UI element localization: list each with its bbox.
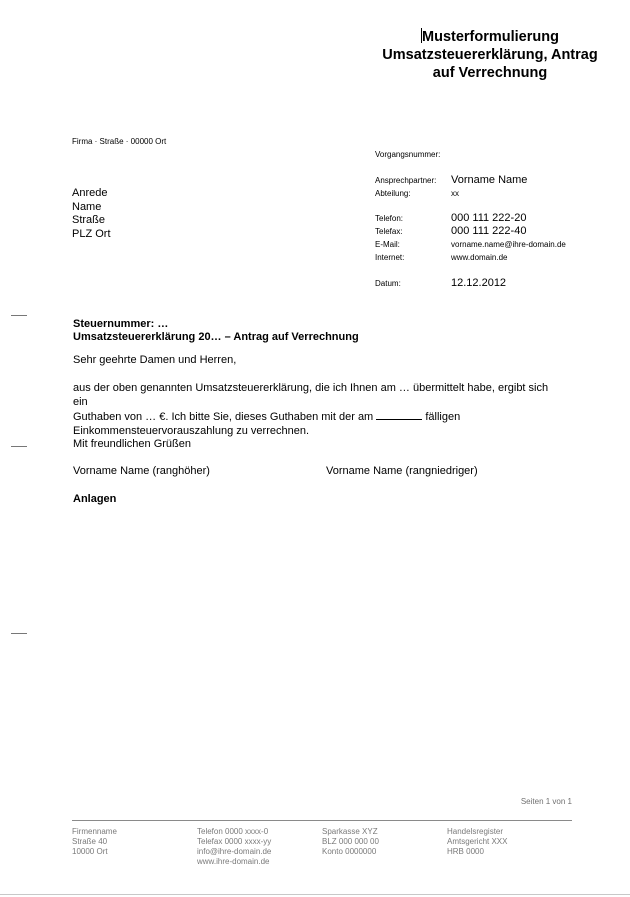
footer-bank-name: Sparkasse XYZ [322,827,379,837]
recipient-address: Anrede Name Straße PLZ Ort [72,187,111,241]
blank-date-field[interactable] [376,409,422,420]
closing: Mit freundlichen Grüßen [73,437,563,451]
footer-account: Konto 0000000 [322,847,379,857]
email-label: E-Mail: [375,240,400,250]
subject-tax-number: Steuernummer: … [73,318,359,331]
page-info: Seiten 1 von 1 [500,797,572,807]
recipient-name: Name [72,201,111,215]
body-line-3: Einkommensteuervorauszahlung zu verrechn… [73,424,563,438]
body-paragraph: aus der oben genannten Umsatzsteuererklä… [73,381,563,438]
internet-value: www.domain.de [451,253,507,263]
subject: Steuernummer: … Umsatzsteuererklärung 20… [73,318,359,344]
internet-label: Internet: [375,253,404,263]
contact-value: Vorname Name [451,174,527,187]
fax-label: Telefax: [375,227,403,237]
footer-phone: Telefon 0000 xxxx-0 [197,827,271,837]
subject-title: Umsatzsteuererklärung 20… – Antrag auf V… [73,331,359,344]
signature-right: Vorname Name (rangniedriger) [326,464,478,478]
footer-register-title: Handelsregister [447,827,507,837]
footer-company-street: Straße 40 [72,837,117,847]
email-value: vorname.name@ihre-domain.de [451,240,566,250]
body-line-2: Guthaben von … €. Ich bitte Sie, dieses … [73,409,563,424]
title-line-1: Musterformulierung [360,28,620,46]
footer-register: Handelsregister Amtsgericht XXX HRB 0000 [447,827,507,857]
department-value: xx [451,189,459,199]
footer-fax: Telefax 0000 xxxx-yy [197,837,271,847]
recipient-city: PLZ Ort [72,228,111,242]
fax-value: 000 111 222-40 [451,225,526,238]
title-line-3: auf Verrechnung [360,64,620,82]
footer-email: info@ihre-domain.de [197,847,271,857]
footer-website: www.ihre-domain.de [197,857,271,867]
footer-company-city: 10000 Ort [72,847,117,857]
phone-value: 000 111 222-20 [451,212,526,225]
footer-contact: Telefon 0000 xxxx-0 Telefax 0000 xxxx-yy… [197,827,271,867]
date-value: 12.12.2012 [451,277,506,290]
recipient-salutation: Anrede [72,187,111,201]
sender-line: Firma · Straße · 00000 Ort [72,137,166,147]
page-bottom-edge [0,894,630,895]
fold-mark-bottom [11,633,27,634]
footer-company: Firmenname Straße 40 10000 Ort [72,827,117,857]
department-label: Abteilung: [375,189,411,199]
attachments-label: Anlagen [73,492,563,506]
footer-company-name: Firmenname [72,827,117,837]
footer-divider [72,820,572,821]
greeting: Sehr geehrte Damen und Herren, [73,353,563,367]
title-line-2: Umsatzsteuererklärung, Antrag [360,46,620,64]
footer-bank: Sparkasse XYZ BLZ 000 000 00 Konto 00000… [322,827,379,857]
recipient-street: Straße [72,214,111,228]
date-label: Datum: [375,279,401,289]
footer-bank-code: BLZ 000 000 00 [322,837,379,847]
signature-left: Vorname Name (ranghöher) [73,464,210,478]
body-line-1: aus der oben genannten Umsatzsteuererklä… [73,381,563,409]
phone-label: Telefon: [375,214,403,224]
footer-hrb: HRB 0000 [447,847,507,857]
case-number-label: Vorgangsnummer: [375,150,440,160]
fold-mark-top [11,315,27,316]
punch-mark [11,446,27,447]
footer-court: Amtsgericht XXX [447,837,507,847]
contact-label: Ansprechpartner: [375,176,436,186]
document-title[interactable]: Musterformulierung Umsatzsteuererklärung… [360,28,620,82]
